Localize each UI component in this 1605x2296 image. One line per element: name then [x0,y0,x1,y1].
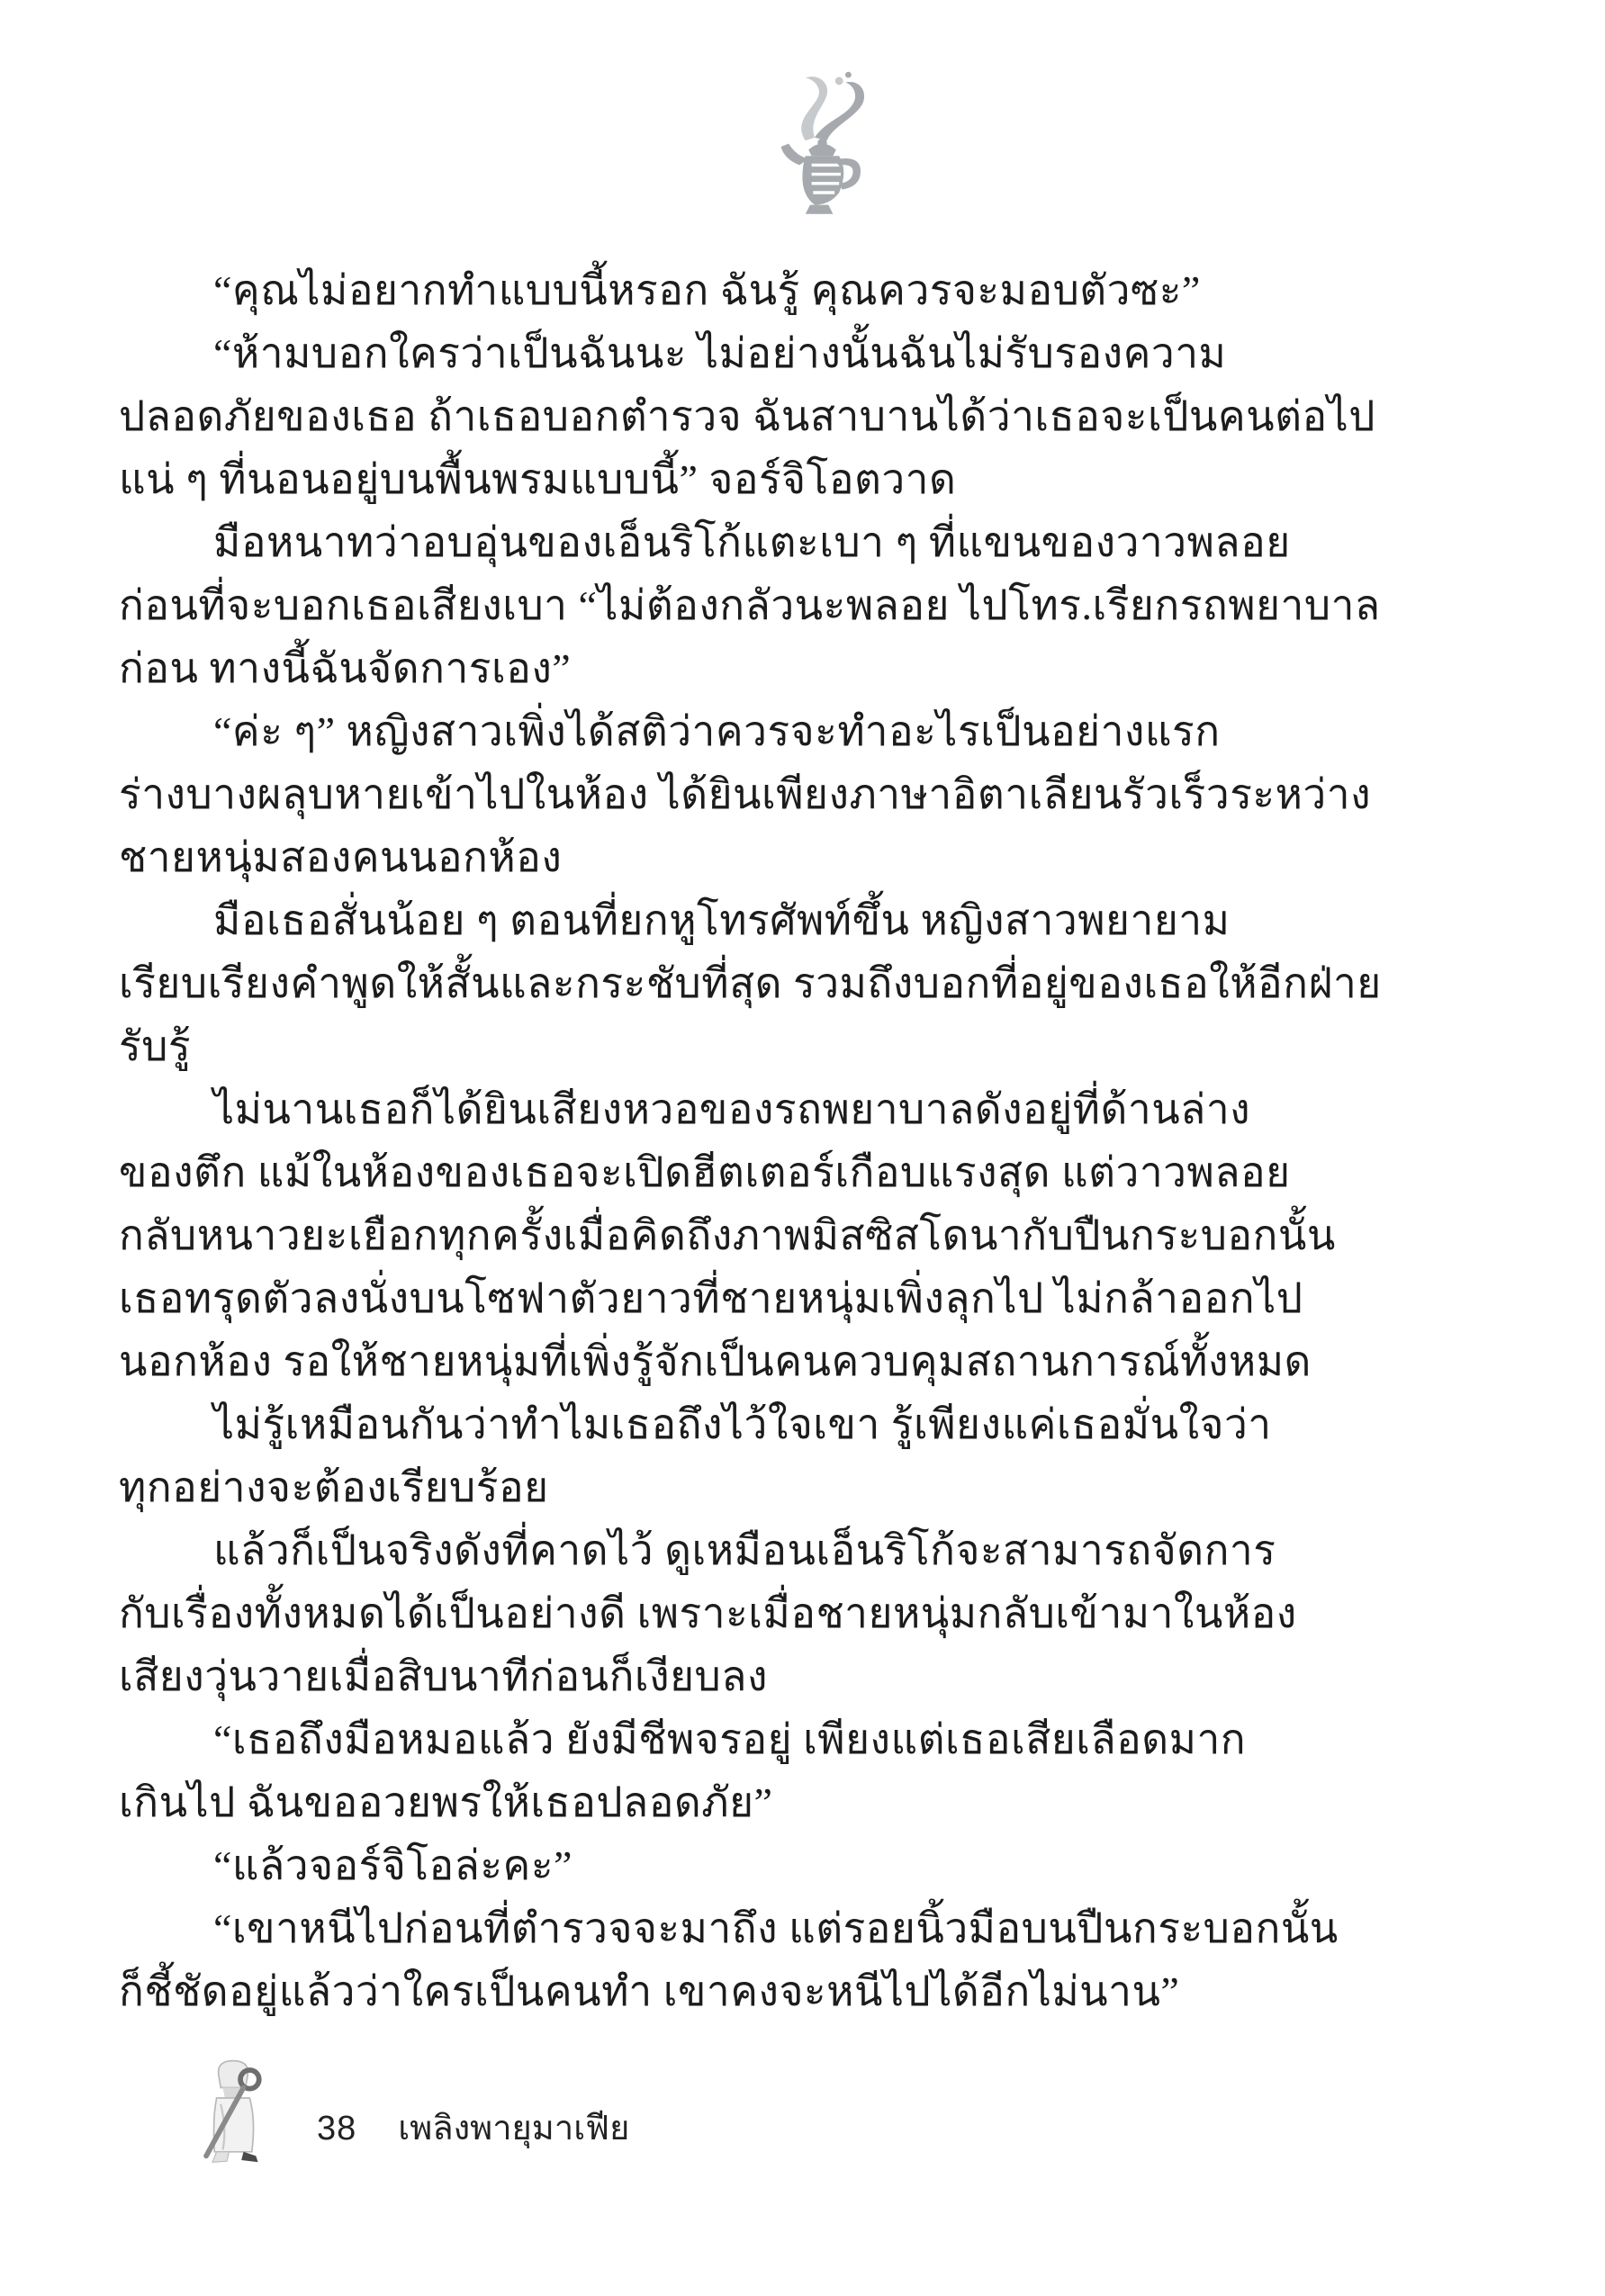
page-footer: 38 เพลิงพายุมาเฟีย [180,2057,629,2183]
text-line: ไม่นานเธอก็ได้ยินเสียงหวอของรถพยาบาลดังอ… [119,1078,1496,1141]
text-line: ชายหนุ่มสองคนนอกห้อง [119,826,1496,889]
text-line: “แล้วจอร์จิโอล่ะคะ” [119,1834,1496,1897]
text-line: มือเธอสั่นน้อย ๆ ตอนที่ยกหูโทรศัพท์ขึ้น … [119,889,1496,952]
text-line: ร่างบางผลุบหายเข้าไปในห้อง ได้ยินเพียงภา… [119,763,1496,826]
text-line: กลับหนาวยะเยือกทุกครั้งเมื่อคิดถึงภาพมิส… [119,1204,1496,1267]
chef-figure-icon [180,2057,286,2181]
text-line: แล้วก็เป็นจริงดังที่คาดไว้ ดูเหมือนเอ็นร… [119,1519,1496,1582]
text-line: เรียบเรียงคำพูดให้สั้นและกระชับที่สุด รว… [119,952,1496,1015]
text-line: ก็ชี้ชัดอยู่แล้วว่าใครเป็นคนทำ เขาคงจะหน… [119,1960,1496,2023]
text-line: ก่อนที่จะบอกเธอเสียงเบา “ไม่ต้องกลัวนะพล… [119,574,1496,637]
book-title: เพลิงพายุมาเฟีย [398,2100,629,2155]
text-line: ของตึก แม้ในห้องของเธอจะเปิดฮีตเตอร์เกือ… [119,1141,1496,1204]
text-line: “ค่ะ ๆ” หญิงสาวเพิ่งได้สติว่าควรจะทำอะไร… [119,700,1496,763]
genie-lamp-ornament-icon [734,70,896,223]
text-line: มือหนาทว่าอบอุ่นของเอ็นริโก้แตะเบา ๆ ที่… [119,511,1496,574]
page-number: 38 [317,2110,356,2148]
text-line: “ห้ามบอกใครว่าเป็นฉันนะ ไม่อย่างนั้นฉันไ… [119,322,1496,385]
text-line: ปลอดภัยของเธอ ถ้าเธอบอกตำรวจ ฉันสาบานได้… [119,385,1496,448]
text-line: รับรู้ [119,1015,1496,1078]
text-line: กับเรื่องทั้งหมดได้เป็นอย่างดี เพราะเมื่… [119,1582,1496,1645]
text-line: ทุกอย่างจะต้องเรียบร้อย [119,1456,1496,1519]
text-line: “เธอถึงมือหมอแล้ว ยังมีชีพจรอยู่ เพียงแต… [119,1708,1496,1771]
text-line: ไม่รู้เหมือนกันว่าทำไมเธอถึงไว้ใจเขา รู้… [119,1393,1496,1456]
text-line: เกินไป ฉันขออวยพรให้เธอปลอดภัย” [119,1771,1496,1834]
text-line: แน่ ๆ ที่นอนอยู่บนพื้นพรมแบบนี้” จอร์จิโ… [119,448,1496,511]
text-line: เธอทรุดตัวลงนั่งบนโซฟาตัวยาวที่ชายหนุ่มเ… [119,1267,1496,1330]
text-line: เสียงวุ่นวายเมื่อสิบนาทีก่อนก็เงียบลง [119,1645,1496,1708]
text-line: “คุณไม่อยากทำแบบนี้หรอก ฉันรู้ คุณควรจะม… [119,259,1496,322]
page-body-text: “คุณไม่อยากทำแบบนี้หรอก ฉันรู้ คุณควรจะม… [119,259,1496,2023]
text-line: นอกห้อง รอให้ชายหนุ่มที่เพิ่งรู้จักเป็นค… [119,1330,1496,1393]
text-line: “เขาหนีไปก่อนที่ตำรวจจะมาถึง แต่รอยนิ้วม… [119,1897,1496,1960]
text-line: ก่อน ทางนี้ฉันจัดการเอง” [119,637,1496,700]
